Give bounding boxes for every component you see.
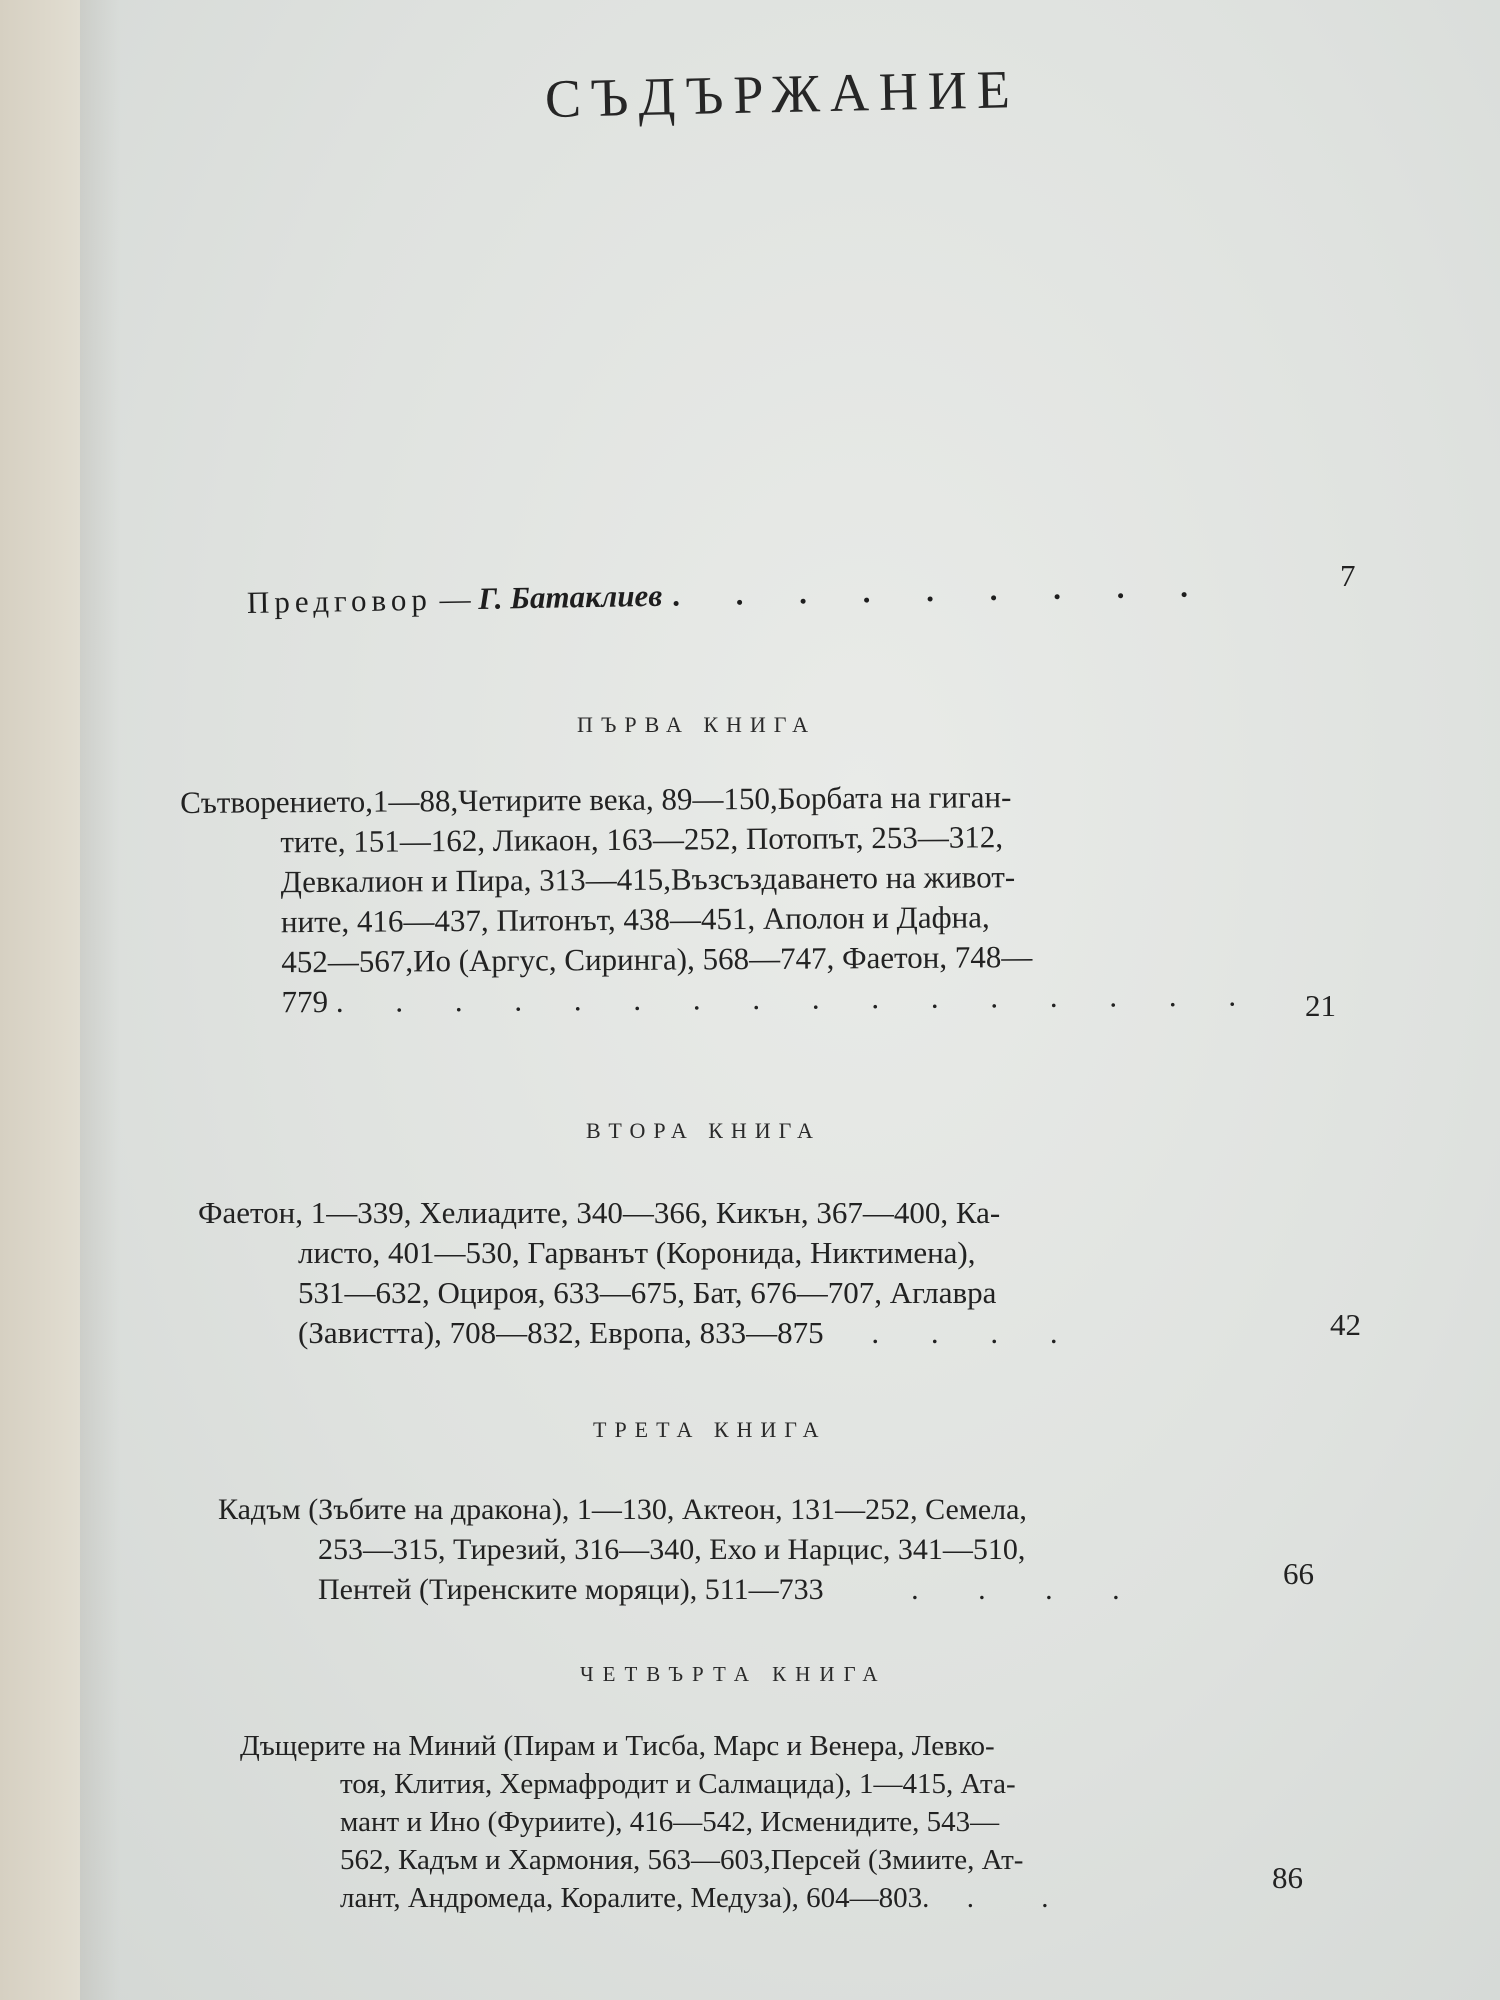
entry-line: 562, Кадъм и Хармония, 563—603,Персей (З…	[240, 1841, 1078, 1879]
page-number-preface: 7	[1340, 558, 1356, 594]
contents-page: СЪДЪРЖАНИЕ Предговор — Г. Батаклиев. . .…	[80, 0, 1500, 2000]
toc-entry-book-2: Фаетон, 1—339, Хелиадите, 340—366, Кикън…	[198, 1193, 1080, 1353]
dot-leader: . . . . . . . . .	[672, 568, 1212, 612]
page-number-book-3: 66	[1283, 1556, 1314, 1592]
entry-line: Фаетон, 1—339, Хелиадите, 340—366, Кикън…	[198, 1193, 1080, 1233]
toc-entry-book-4: Дъщерите на Миний (Пирам и Тисба, Марс и…	[240, 1727, 1078, 1917]
entry-line: листо, 401—530, Гарванът (Коронида, Никт…	[198, 1233, 1080, 1273]
entry-line: Кадъм (Зъбите на дракона), 1—130, Актеон…	[218, 1490, 1146, 1530]
toc-entry-preface: Предговор — Г. Батаклиев. . . . . . . . …	[247, 568, 1212, 621]
entry-line: Дъщерите на Миний (Пирам и Тисба, Марс и…	[240, 1727, 1078, 1765]
entry-line: лант, Андромеда, Коралите, Медуза), 604—…	[340, 1882, 929, 1914]
entry-line: Пентей (Тиренските моряци), 511—733	[318, 1573, 824, 1606]
dot-leader: . . . .	[911, 1573, 1146, 1606]
left-page-edge	[0, 0, 80, 2000]
page-number-book-4: 86	[1272, 1860, 1303, 1896]
entry-line: мант и Ино (Фуриите), 416—542, Исменидит…	[240, 1803, 1078, 1841]
entry-line: (Завистта), 708—832, Европа, 833—875	[298, 1315, 824, 1350]
page-number-book-2: 42	[1330, 1307, 1361, 1343]
page-title: СЪДЪРЖАНИЕ	[544, 58, 1020, 130]
section-heading-book-2: ВТОРА КНИГА	[586, 1118, 821, 1144]
section-heading-book-1: ПЪРВА КНИГА	[577, 712, 816, 738]
section-heading-book-4: ЧЕТВЪРТА КНИГА	[580, 1662, 887, 1687]
page-number-book-1: 21	[1305, 988, 1336, 1024]
preface-author: Г. Батаклиев	[478, 578, 662, 616]
dot-leader: . . . . . . . . . . . . . . . .	[336, 977, 1258, 1018]
dot-leader: . .	[967, 1882, 1079, 1914]
entry-line: 253—315, Тирезий, 316—340, Ехо и Нарцис,…	[218, 1530, 1146, 1570]
entry-line: тоя, Клития, Хермафродит и Салмацида), 1…	[240, 1765, 1078, 1803]
toc-entry-book-1: Сътворението,1—88,Четирите века, 89—150,…	[180, 775, 1258, 1023]
section-heading-book-3: ТРЕТА КНИГА	[593, 1417, 827, 1443]
entry-line: 779	[281, 984, 328, 1019]
preface-label: Предговор	[247, 582, 432, 620]
dot-leader: . . . .	[871, 1315, 1079, 1350]
entry-line: 531—632, Оцироя, 633—675, Бат, 676—707, …	[198, 1273, 1080, 1313]
toc-entry-book-3: Кадъм (Зъбите на дракона), 1—130, Актеон…	[218, 1490, 1146, 1610]
preface-dash: —	[432, 581, 479, 617]
